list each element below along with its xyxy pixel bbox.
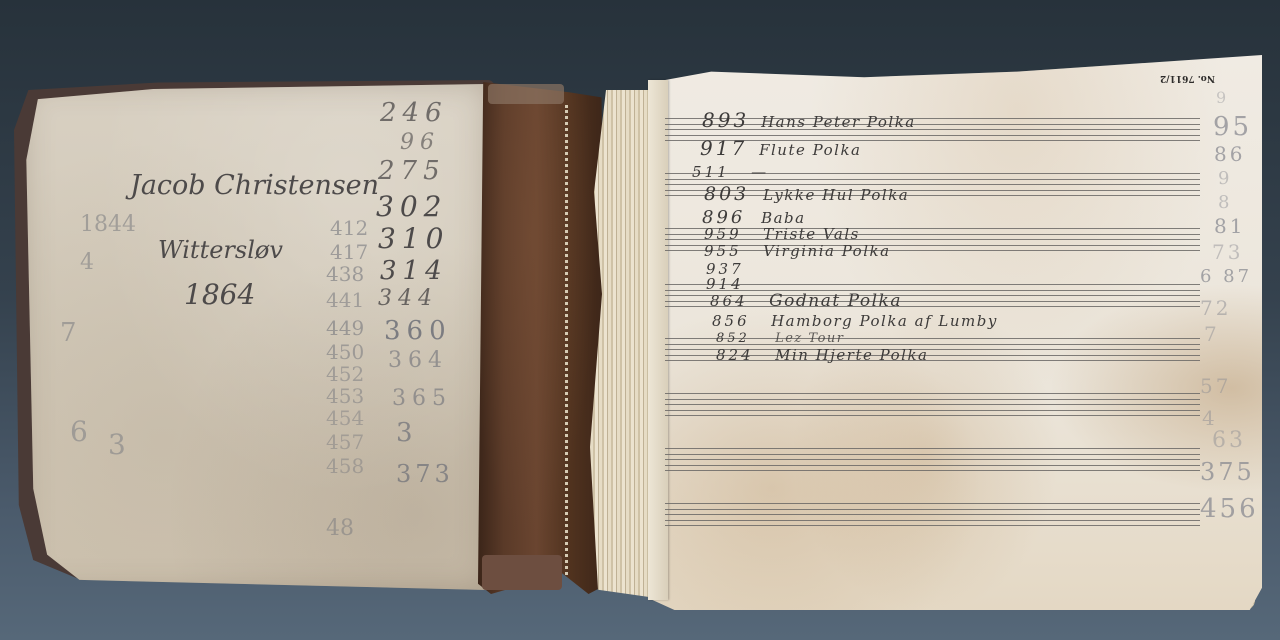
pencil-number: 452 — [326, 362, 364, 386]
ink-number: 275 — [378, 156, 446, 186]
music-staff — [665, 448, 1200, 476]
tune-number: 852 — [716, 331, 770, 346]
pencil-number: 48 — [326, 516, 354, 541]
place-name: Wittersløv — [158, 236, 283, 264]
tune-title: Min Hjerte Polka — [775, 346, 928, 364]
margin-number: 72 — [1200, 296, 1231, 320]
ink-number: 3 — [396, 418, 413, 448]
owner-name: Jacob Christensen — [130, 170, 379, 201]
pencil-number: 458 — [326, 454, 364, 478]
spine-top-edge — [488, 84, 564, 104]
ink-number: 364 — [388, 348, 448, 373]
tune-title: Virginia Polka — [763, 242, 890, 260]
margin-number: 81 — [1214, 214, 1245, 238]
faint-mark: 6 — [70, 415, 88, 448]
margin-number: 57 — [1200, 374, 1231, 398]
ink-number: 246 — [380, 98, 448, 128]
pencil-number: 438 — [326, 262, 364, 286]
pencil-number: 417 — [330, 240, 368, 264]
tune-number: 803 — [704, 183, 758, 205]
ink-number: 344 — [378, 286, 438, 311]
tune-title: Godnat Polka — [769, 291, 902, 311]
tune-title: Lez Tour — [775, 331, 844, 346]
margin-number: 73 — [1212, 240, 1243, 264]
leather-spine — [478, 82, 608, 594]
faint-mark: 7 — [60, 318, 77, 348]
tune-number: 511 — [692, 163, 746, 181]
ink-number: 360 — [384, 316, 452, 346]
ink-number: 310 — [378, 222, 449, 255]
tune-number: 893 — [702, 108, 756, 132]
pencil-number: 450 — [326, 340, 364, 364]
margin-number: 8 — [1218, 192, 1232, 213]
spine-bottom-edge — [482, 555, 562, 590]
printed-paper-number: No. 7611/2 — [1160, 73, 1215, 83]
tune-number: 864 — [710, 292, 764, 310]
tune-title: — — [751, 163, 768, 181]
margin-number: 9 — [1218, 168, 1232, 189]
margin-number: 4 — [1202, 406, 1218, 430]
tune-entry: 917 Flute Polka — [700, 136, 861, 160]
faint-year: 1844 — [80, 212, 136, 237]
ink-number: 373 — [396, 460, 454, 488]
margin-number: 456 — [1200, 494, 1259, 524]
tune-entry: 893 Hans Peter Polka — [702, 108, 916, 132]
tune-number: 917 — [700, 136, 754, 160]
tune-entry: 511 — — [692, 162, 768, 181]
faint-mark: 4 — [80, 250, 94, 275]
tune-entry: 824 Min Hjerte Polka — [716, 345, 928, 364]
margin-number: 86 — [1214, 142, 1245, 166]
ink-number: 365 — [392, 386, 452, 411]
faint-mark: 3 — [108, 428, 126, 461]
pencil-number: 441 — [326, 288, 364, 312]
ink-number: 96 — [400, 130, 440, 155]
tune-number: 824 — [716, 346, 770, 364]
tune-entry: 852 Lez Tour — [716, 327, 844, 346]
ink-number: 302 — [376, 190, 447, 223]
music-staff — [665, 393, 1200, 421]
margin-number: 63 — [1212, 428, 1246, 453]
tune-entry: 955 Virginia Polka — [704, 241, 891, 260]
margin-number: 7 — [1204, 322, 1220, 346]
music-staff — [665, 503, 1200, 531]
tune-title: Flute Polka — [759, 141, 861, 159]
year: 1864 — [184, 278, 255, 311]
tune-entry: 864 Godnat Polka — [710, 291, 902, 311]
tune-title: Hans Peter Polka — [761, 113, 916, 131]
pencil-number: 453 — [326, 384, 364, 408]
tune-title: Lykke Hul Polka — [763, 186, 909, 204]
pencil-number: 449 — [326, 316, 364, 340]
pencil-number: 454 — [326, 406, 364, 430]
spine-stitching — [565, 105, 568, 575]
margin-number: 6 87 — [1200, 266, 1252, 287]
ink-number: 314 — [380, 256, 448, 286]
pencil-number: 412 — [330, 216, 368, 240]
tune-entry: 803 Lykke Hul Polka — [704, 183, 909, 205]
margin-number: 375 — [1200, 458, 1255, 486]
pencil-number: 457 — [326, 430, 364, 454]
margin-number: 9 — [1216, 88, 1229, 107]
margin-number: 95 — [1213, 112, 1252, 142]
tune-number: 955 — [704, 242, 758, 260]
